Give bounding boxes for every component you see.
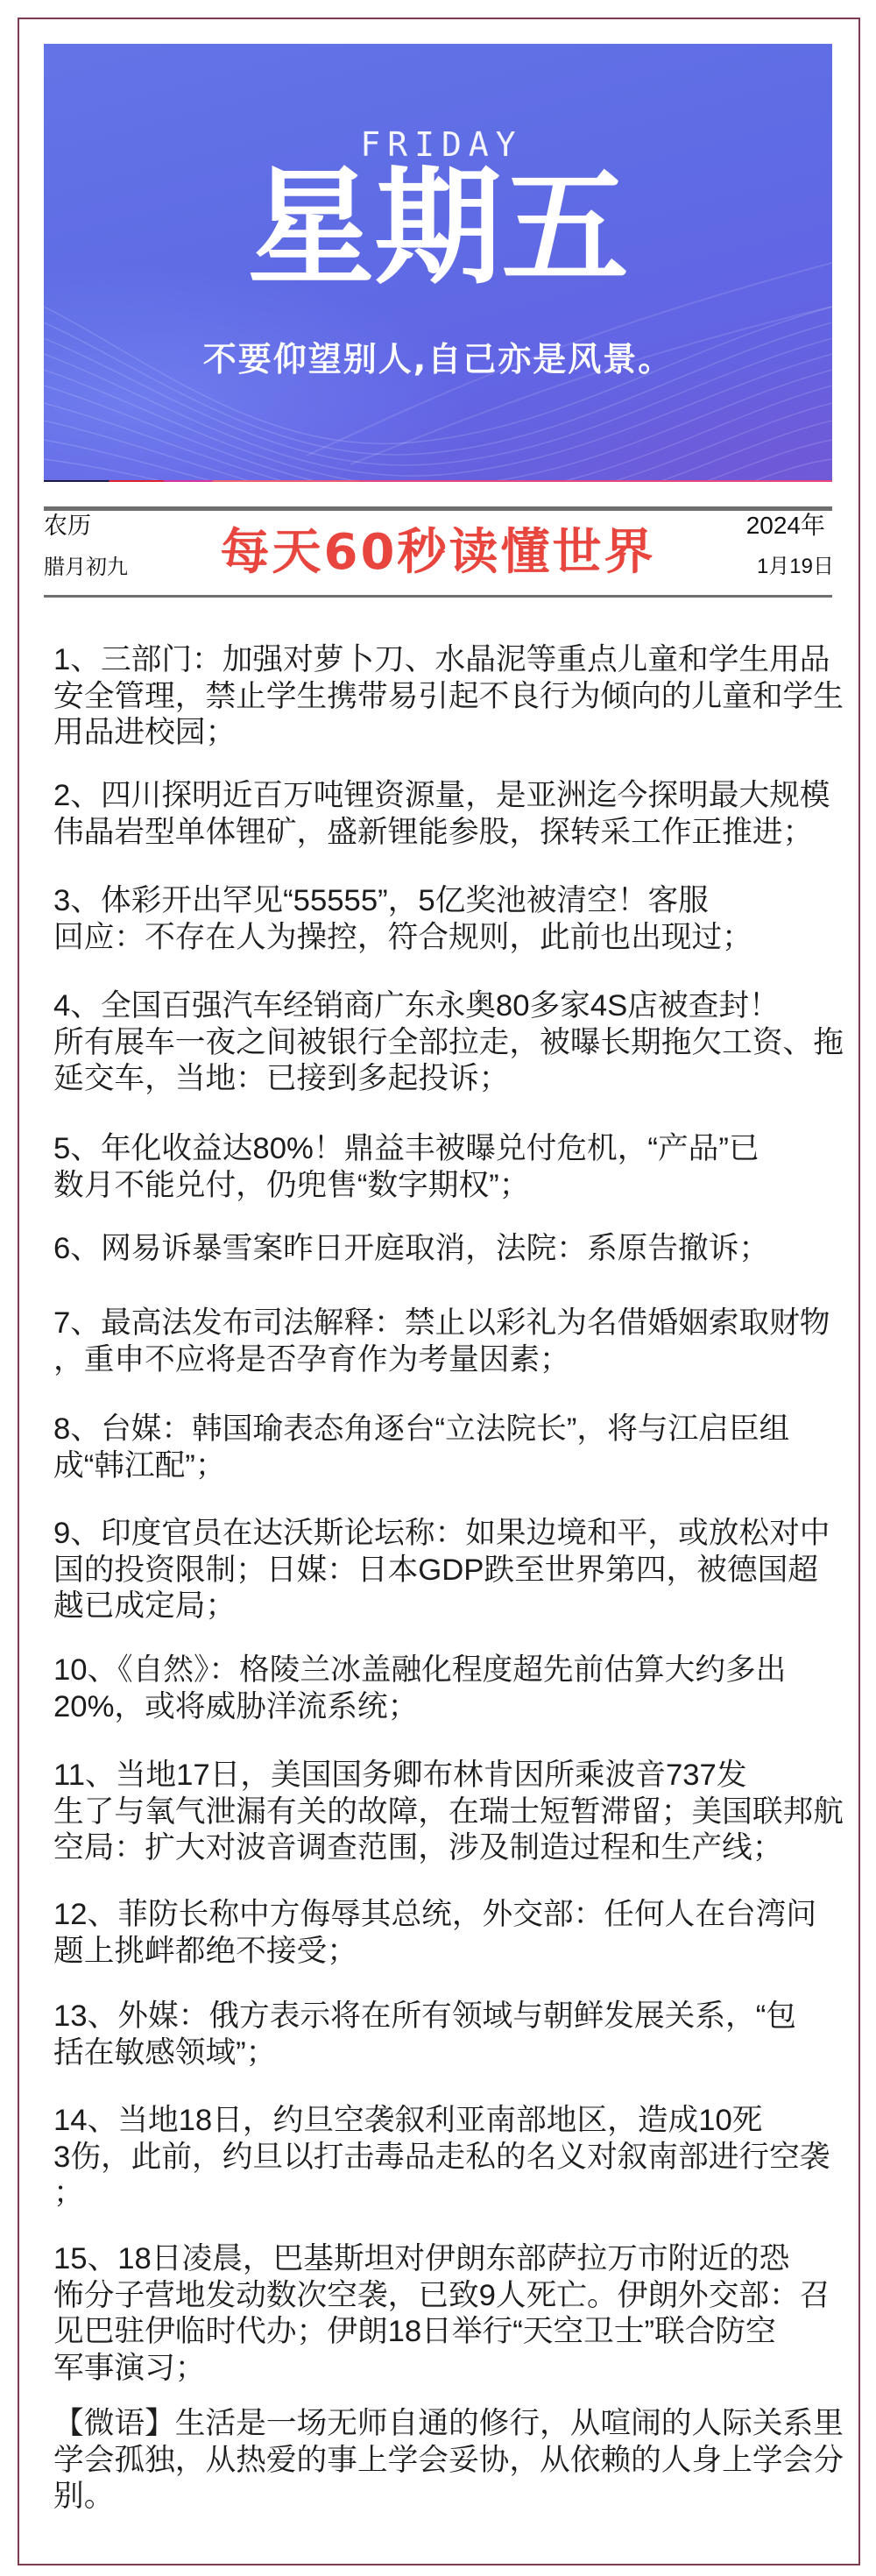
news-item: 13、外媒：俄方表示将在所有领域与朝鲜发展关系，“包 括在敏感领域”； xyxy=(53,1999,852,2071)
news-line: 怖分子营地发动数次空袭，已致9人死亡。伊朗外交部：召 xyxy=(53,2278,852,2315)
news-line: 14、当地18日，约旦空袭叙利亚南部地区，造成10死 xyxy=(53,2103,852,2140)
banner-slogan: 不要仰望别人,自己亦是风景。 xyxy=(44,343,832,376)
news-line: 3伤，此前，约旦以打击毒品走私的名义对叙南部进行空袭 xyxy=(53,2140,852,2176)
news-line: 国的投资限制；日媒：日本GDP跌至世界第四，被德国超 xyxy=(53,1553,852,1589)
news-line: 越已成定局； xyxy=(53,1589,852,1625)
news-line: 4、全国百强汽车经销商广东永奥80多家4S店被查封！ xyxy=(53,988,852,1025)
news-line: 2、四川探明近百万吨锂资源量，是亚洲迄今探明最大规模 xyxy=(53,778,852,815)
year: 2024年 xyxy=(746,513,825,538)
news-line: 5、年化收益达80%！鼎益丰被曝兑付危机，“产品”已 xyxy=(53,1131,852,1168)
news-line: 6、网易诉暴雪案昨日开庭取消，法院：系原告撤诉； xyxy=(53,1231,852,1268)
news-line: 1、三部门：加强对萝卜刀、水晶泥等重点儿童和学生用品 xyxy=(53,642,852,679)
news-item: 3、体彩开出罕见“55555”，5亿奖池被清空！客服 回应：不存在人为操控，符合… xyxy=(53,883,852,956)
motto-label: 【微语】 xyxy=(53,2407,175,2440)
news-line: 题上挑衅都绝不接受； xyxy=(53,1934,852,1971)
news-item: 6、网易诉暴雪案昨日开庭取消，法院：系原告撤诉； xyxy=(53,1231,852,1268)
news-item: 8、台媒：韩国瑜表态角逐台“立法院长”，将与江启臣组 成“韩江配”； xyxy=(53,1412,852,1484)
news-line: 11、当地17日，美国国务卿布林肯因所乘波音737发 xyxy=(53,1758,852,1794)
header-top-rule xyxy=(44,506,832,511)
news-item: 2、四川探明近百万吨锂资源量，是亚洲迄今探明最大规模 伟晶岩型单体锂矿，盛新锂能… xyxy=(53,778,852,851)
news-line: 见巴驻伊临时代办；伊朗18日举行“天空卫士”联合防空 xyxy=(53,2314,852,2351)
news-line: ； xyxy=(53,2176,852,2212)
news-item: 10、《自然》：格陵兰冰盖融化程度超先前估算大约多出 20%，或将威胁洋流系统； xyxy=(53,1652,852,1725)
motto-line: 学会孤独，从热爱的事上学会妥协，从依赖的人身上学会分 xyxy=(53,2443,852,2480)
weekday-chinese: 星期五 xyxy=(44,165,832,292)
month-day: 1月19日 xyxy=(757,556,834,577)
news-line: 7、最高法发布司法解释：禁止以彩礼为名借婚姻索取财物 xyxy=(53,1306,852,1342)
motto-line: 别。 xyxy=(53,2479,852,2516)
banner-color-strip xyxy=(44,480,832,482)
news-line: 15、18日凌晨，巴基斯坦对伊朗东部萨拉万市附近的恐 xyxy=(53,2241,852,2278)
news-line: 军事演习； xyxy=(53,2351,852,2388)
news-line: ，重申不应将是否孕育作为考量因素； xyxy=(53,1342,852,1379)
news-line: 伟晶岩型单体锂矿，盛新锂能参股，探转采工作正推进； xyxy=(53,815,852,852)
news-line: 安全管理，禁止学生携带易引起不良行为倾向的儿童和学生 xyxy=(53,679,852,716)
news-item: 11、当地17日，美国国务卿布林肯因所乘波音737发 生了与氧气泄漏有关的故障，… xyxy=(53,1758,852,1867)
news-item: 12、菲防长称中方侮辱其总统，外交部：任何人在台湾问 题上挑衅都绝不接受； xyxy=(53,1897,852,1970)
news-line: 13、外媒：俄方表示将在所有领域与朝鲜发展关系，“包 xyxy=(53,1999,852,2035)
lunar-date: 腊月初九 xyxy=(44,557,128,578)
news-line: 数月不能兑付，仍兜售“数字期权”； xyxy=(53,1168,852,1205)
news-line: 用品进校园； xyxy=(53,715,852,752)
news-line: 8、台媒：韩国瑜表态角逐台“立法院长”，将与江启臣组 xyxy=(53,1412,852,1448)
daily-motto: 【微语】生活是一场无师自通的修行，从喧闹的人际关系里 学会孤独，从热爱的事上学会… xyxy=(53,2406,852,2516)
news-item: 7、最高法发布司法解释：禁止以彩礼为名借婚姻索取财物 ，重申不应将是否孕育作为考… xyxy=(53,1306,852,1378)
news-item: 5、年化收益达80%！鼎益丰被曝兑付危机，“产品”已 数月不能兑付，仍兜售“数字… xyxy=(53,1131,852,1204)
header-bottom-rule xyxy=(44,595,832,598)
motto-text: 生活是一场无师自通的修行，从喧闹的人际关系里 xyxy=(175,2407,844,2440)
news-line: 生了与氧气泄漏有关的故障，在瑞士短暂滞留；美国联邦航 xyxy=(53,1794,852,1831)
news-line: 9、印度官员在达沃斯论坛称：如果边境和平，或放松对中 xyxy=(53,1516,852,1553)
news-item: 9、印度官员在达沃斯论坛称：如果边境和平，或放松对中 国的投资限制；日媒：日本G… xyxy=(53,1516,852,1625)
news-item: 4、全国百强汽车经销商广东永奥80多家4S店被查封！ 所有展车一夜之间被银行全部… xyxy=(53,988,852,1098)
news-line: 空局：扩大对波音调查范围，涉及制造过程和生产线； xyxy=(53,1830,852,1867)
news-line: 12、菲防长称中方侮辱其总统，外交部：任何人在台湾问 xyxy=(53,1897,852,1934)
news-line: 10、《自然》：格陵兰冰盖融化程度超先前估算大约多出 xyxy=(53,1652,852,1689)
news-line: 20%，或将威胁洋流系统； xyxy=(53,1689,852,1726)
news-line: 所有展车一夜之间被银行全部拉走，被曝长期拖欠工资、拖 xyxy=(53,1025,852,1062)
news-line: 成“韩江配”； xyxy=(53,1448,852,1485)
lunar-calendar-label: 农历 xyxy=(44,514,91,538)
motto-line: 【微语】生活是一场无师自通的修行，从喧闹的人际关系里 xyxy=(53,2406,852,2443)
news-item: 15、18日凌晨，巴基斯坦对伊朗东部萨拉万市附近的恐 怖分子营地发动数次空袭，已… xyxy=(53,2241,852,2388)
news-line: 回应：不存在人为操控，符合规则，此前也出现过； xyxy=(53,920,852,957)
news-line: 3、体彩开出罕见“55555”，5亿奖池被清空！客服 xyxy=(53,883,852,920)
news-line: 括在敏感领域”； xyxy=(53,2035,852,2072)
news-item: 1、三部门：加强对萝卜刀、水晶泥等重点儿童和学生用品 安全管理，禁止学生携带易引… xyxy=(53,642,852,752)
news-line: 延交车，当地：已接到多起投诉； xyxy=(53,1061,852,1098)
news-item: 14、当地18日，约旦空袭叙利亚南部地区，造成10死 3伤，此前，约旦以打击毒品… xyxy=(53,2103,852,2212)
page-title: 每天60秒读懂世界 xyxy=(175,527,701,578)
